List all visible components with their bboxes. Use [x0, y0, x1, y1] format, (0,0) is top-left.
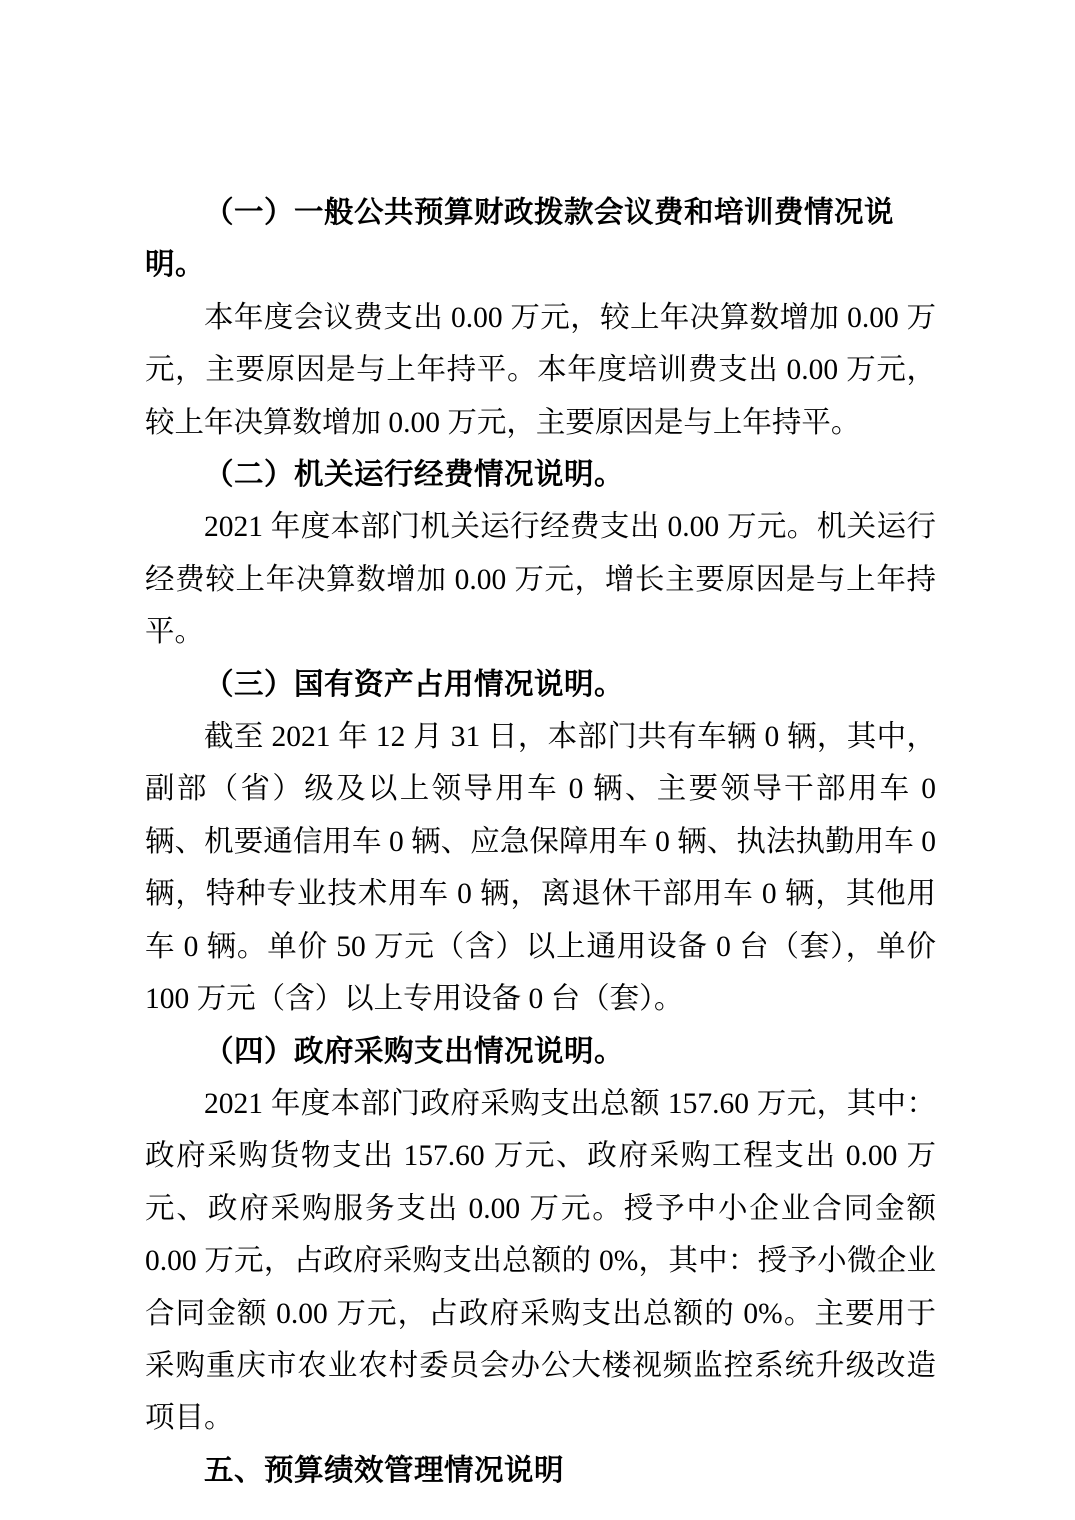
- heading-general-budget-meeting-training-fees: （一）一般公共预算财政拨款会议费和培训费情况说明。: [145, 187, 936, 292]
- document-page: （一）一般公共预算财政拨款会议费和培训费情况说明。 本年度会议费支出 0.00 …: [0, 0, 1075, 1520]
- heading-government-procurement: （四）政府采购支出情况说明。: [145, 1026, 936, 1078]
- paragraph-state-owned-assets: 截至 2021 年 12 月 31 日，本部门共有车辆 0 辆，其中，副部（省）…: [145, 711, 936, 1025]
- document-content: （一）一般公共预算财政拨款会议费和培训费情况说明。 本年度会议费支出 0.00 …: [145, 187, 936, 1497]
- heading-state-owned-assets: （三）国有资产占用情况说明。: [145, 659, 936, 711]
- paragraph-government-procurement: 2021 年度本部门政府采购支出总额 157.60 万元，其中：政府采购货物支出…: [145, 1078, 936, 1445]
- heading-budget-performance-management: 五、预算绩效管理情况说明: [145, 1445, 936, 1497]
- paragraph-meeting-training-fees: 本年度会议费支出 0.00 万元，较上年决算数增加 0.00 万元，主要原因是与…: [145, 292, 936, 449]
- paragraph-agency-operating-expenses: 2021 年度本部门机关运行经费支出 0.00 万元。机关运行经费较上年决算数增…: [145, 501, 936, 658]
- heading-agency-operating-expenses: （二）机关运行经费情况说明。: [145, 449, 936, 501]
